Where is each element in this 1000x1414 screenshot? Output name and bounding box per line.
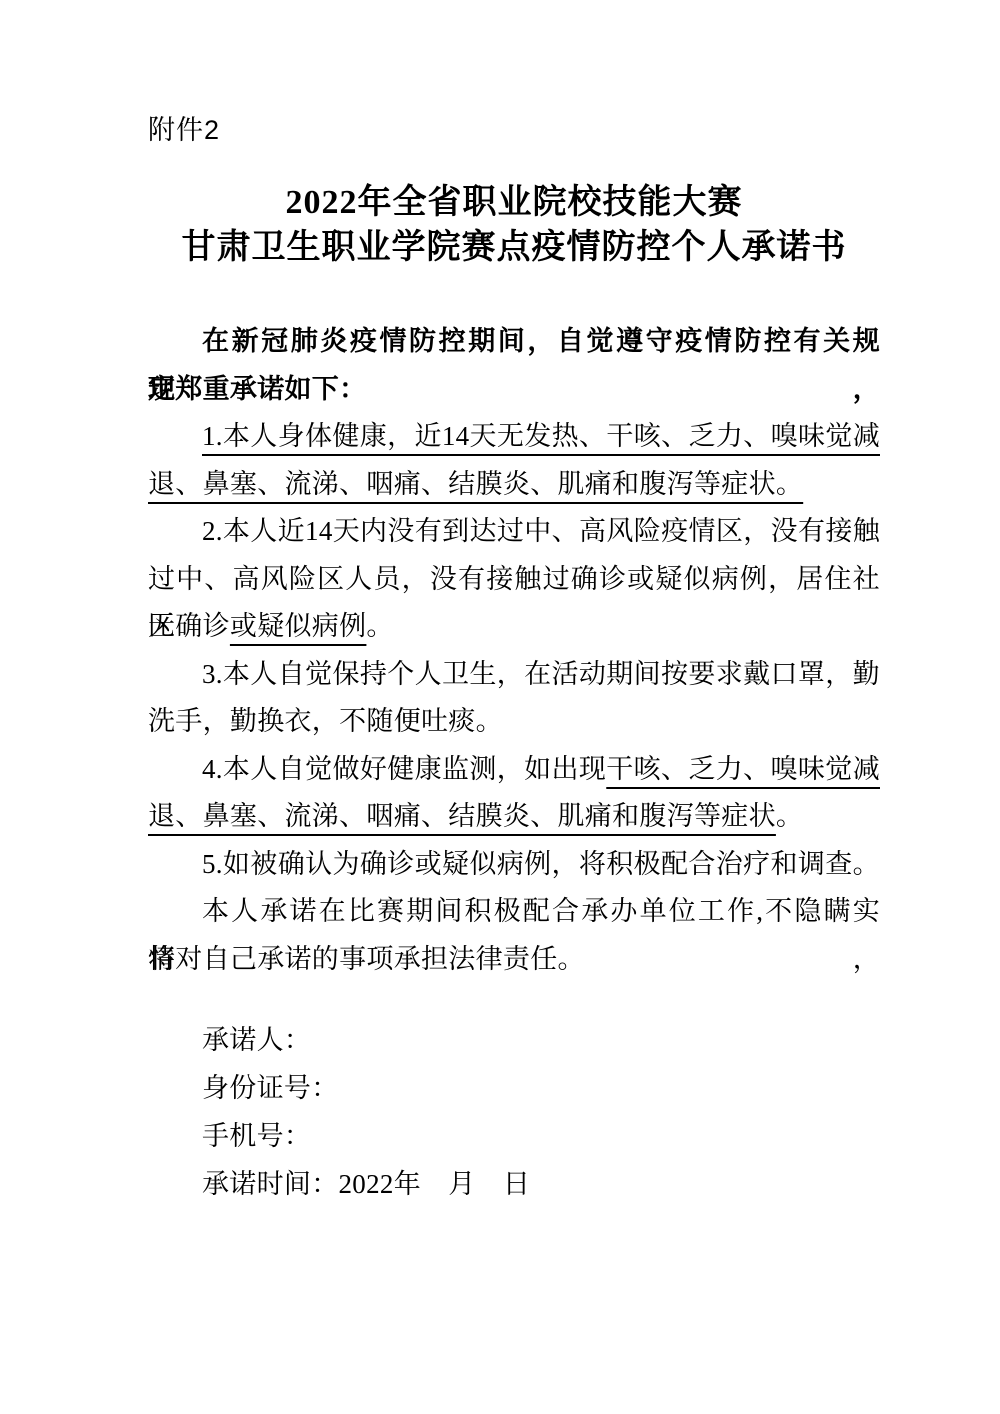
signature-date-line: 承诺时间：2022年 月 日 [202, 1160, 530, 1208]
item2-line2: 过中、高风险区人员，没有接触过确诊或疑似病例，居住社区 [148, 556, 880, 604]
signature-promiser-label: 承诺人： [202, 1016, 530, 1064]
closing-line1: 本人承诺在比赛期间积极配合承办单位工作,不隐瞒实情， [148, 888, 880, 936]
document-title-line2: 甘肃卫生职业学院赛点疫情防控个人承诺书 [148, 225, 880, 270]
intro-paragraph: 在新冠肺炎疫情防控期间，自觉遵守疫情防控有关规定， 现郑重承诺如下： [148, 318, 880, 413]
document-title-line1: 2022年全省职业院校技能大赛 [148, 180, 880, 225]
item2-line3-underlined-text: 或疑似病例 [230, 611, 367, 641]
item2-line3: 无确诊或疑似病例。 [148, 603, 880, 651]
item2-line1: 2.本人近14天内没有到达过中、高风险疫情区，没有接触 [148, 508, 880, 556]
document-body: 在新冠肺炎疫情防控期间，自觉遵守疫情防控有关规定， 现郑重承诺如下： 1.本人身… [148, 318, 880, 983]
item4-line1-plain-text: 4.本人自觉做好健康监测，如出现 [202, 754, 606, 784]
item2-line3-plain-text: 无确诊 [148, 611, 230, 641]
item4-line1: 4.本人自觉做好健康监测，如出现干咳、乏力、嗅味觉减 [148, 746, 880, 794]
attachment-label: 附件2 [148, 112, 220, 148]
item3-line1: 3.本人自觉保持个人卫生，在活动期间按要求戴口罩，勤 [148, 651, 880, 699]
item5-line1: 5.如被确认为确诊或疑似病例，将积极配合治疗和调查。 [148, 841, 880, 889]
intro-line1: 在新冠肺炎疫情防控期间，自觉遵守疫情防控有关规定， [148, 318, 880, 366]
item1-line1: 1.本人身体健康，近14天无发热、干咳、乏力、嗅味觉减 [148, 413, 880, 461]
commitment-item-3: 3.本人自觉保持个人卫生，在活动期间按要求戴口罩，勤 洗手，勤换衣，不随便吐痰。 [148, 651, 880, 746]
item3-line2: 洗手，勤换衣，不随便吐痰。 [148, 698, 880, 746]
item1-line2-underlined-text: 退、鼻塞、流涕、咽痛、结膜炎、肌痛和腹泻等症状。 [148, 469, 803, 499]
signature-phone-label: 手机号： [202, 1112, 530, 1160]
item4-line1-underlined-text: 干咳、乏力、嗅味觉减 [606, 754, 880, 784]
document-title: 2022年全省职业院校技能大赛 甘肃卫生职业学院赛点疫情防控个人承诺书 [148, 180, 880, 270]
item1-line2: 退、鼻塞、流涕、咽痛、结膜炎、肌痛和腹泻等症状。 [148, 461, 880, 509]
signature-block: 承诺人： 身份证号： 手机号： 承诺时间：2022年 月 日 [202, 1016, 530, 1208]
item2-line3-period: 。 [366, 611, 393, 641]
item1-line1-underlined-text: 1.本人身体健康，近14天无发热、干咳、乏力、嗅味觉减 [202, 421, 880, 451]
item4-line2-period: 。 [776, 801, 803, 831]
item4-line2-underlined-text: 退、鼻塞、流涕、咽痛、结膜炎、肌痛和腹泻等症状 [148, 801, 776, 831]
commitment-item-2: 2.本人近14天内没有到达过中、高风险疫情区，没有接触 过中、高风险区人员，没有… [148, 508, 880, 651]
document-page: 附件2 2022年全省职业院校技能大赛 甘肃卫生职业学院赛点疫情防控个人承诺书 … [0, 0, 1000, 1414]
signature-id-number-label: 身份证号： [202, 1064, 530, 1112]
commitment-item-1: 1.本人身体健康，近14天无发热、干咳、乏力、嗅味觉减 退、鼻塞、流涕、咽痛、结… [148, 413, 880, 508]
closing-paragraph: 本人承诺在比赛期间积极配合承办单位工作,不隐瞒实情， 将对自己承诺的事项承担法律… [148, 888, 880, 983]
commitment-item-4: 4.本人自觉做好健康监测，如出现干咳、乏力、嗅味觉减 退、鼻塞、流涕、咽痛、结膜… [148, 746, 880, 841]
item4-line2: 退、鼻塞、流涕、咽痛、结膜炎、肌痛和腹泻等症状。 [148, 793, 880, 841]
commitment-item-5: 5.如被确认为确诊或疑似病例，将积极配合治疗和调查。 [148, 841, 880, 889]
